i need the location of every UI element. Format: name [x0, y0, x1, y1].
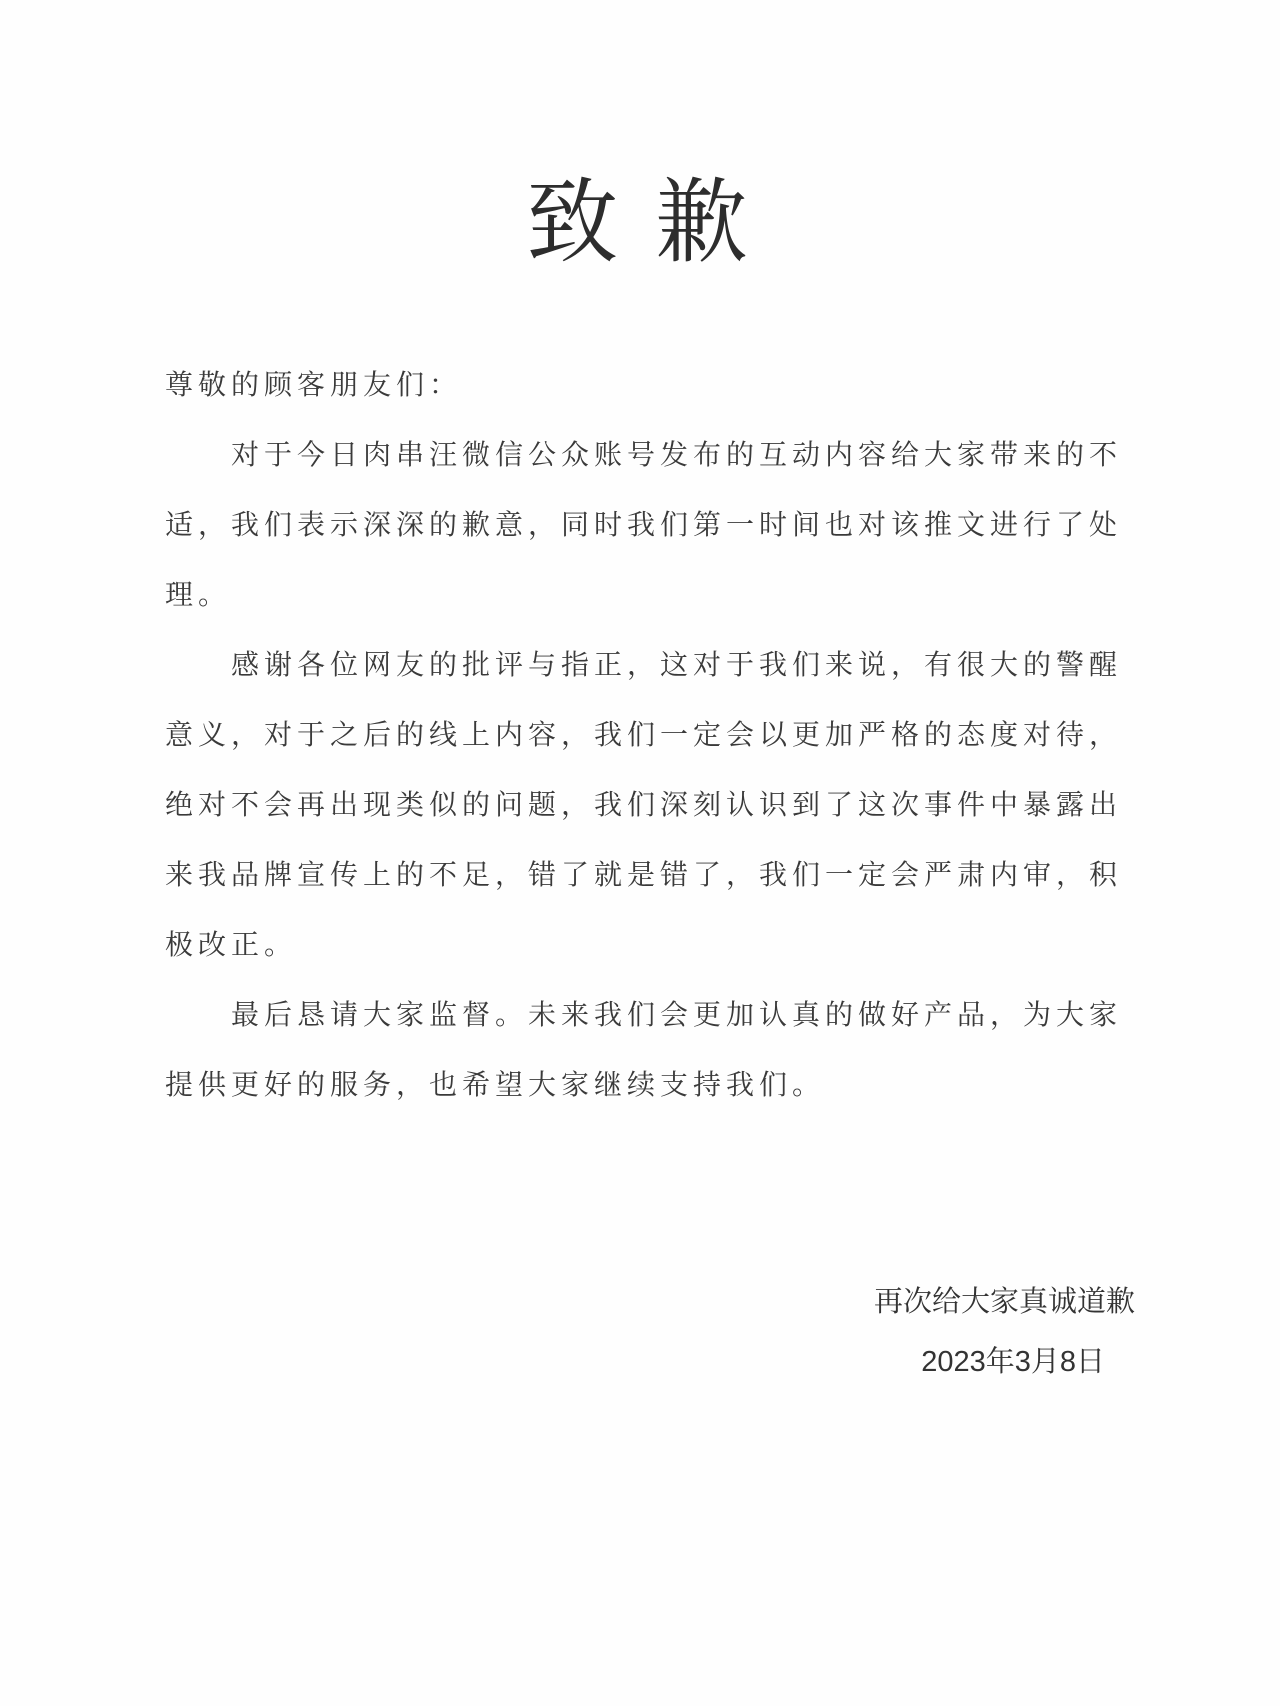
body-line: 适，我们表示深深的歉意，同时我们第一时间也对该推文进行了处: [165, 490, 1140, 560]
body-line: 感谢各位网友的批评与指正，这对于我们来说，有很大的警醒: [165, 630, 1140, 700]
letter-body: 尊敬的顾客朋友们： 对于今日肉串汪微信公众账号发布的互动内容给大家带来的不 适，…: [165, 350, 1140, 1120]
body-line: 提供更好的服务，也希望大家继续支持我们。: [165, 1050, 1140, 1120]
body-line: 理。: [165, 560, 1140, 630]
body-line: 最后恳请大家监督。未来我们会更加认真的做好产品，为大家: [165, 980, 1140, 1050]
body-line: 对于今日肉串汪微信公众账号发布的互动内容给大家带来的不: [165, 420, 1140, 490]
apology-letter-page: 致 歉 尊敬的顾客朋友们： 对于今日肉串汪微信公众账号发布的互动内容给大家带来的…: [0, 0, 1280, 1706]
body-line: 极改正。: [165, 910, 1140, 980]
body-line: 绝对不会再出现类似的问题，我们深刻认识到了这次事件中暴露出: [165, 770, 1140, 840]
letter-title: 致 歉: [0, 148, 1280, 298]
body-line: 来我品牌宣传上的不足，错了就是错了，我们一定会严肃内审，积: [165, 840, 1140, 910]
closing-signature: 再次给大家真诚道歉: [0, 1272, 1135, 1332]
letter-date: 2023年3月8日: [0, 1332, 1135, 1392]
salutation: 尊敬的顾客朋友们：: [165, 350, 1140, 420]
body-line: 意义，对于之后的线上内容，我们一定会以更加严格的态度对待，: [165, 700, 1140, 770]
closing-block: 再次给大家真诚道歉 2023年3月8日: [0, 1272, 1135, 1392]
